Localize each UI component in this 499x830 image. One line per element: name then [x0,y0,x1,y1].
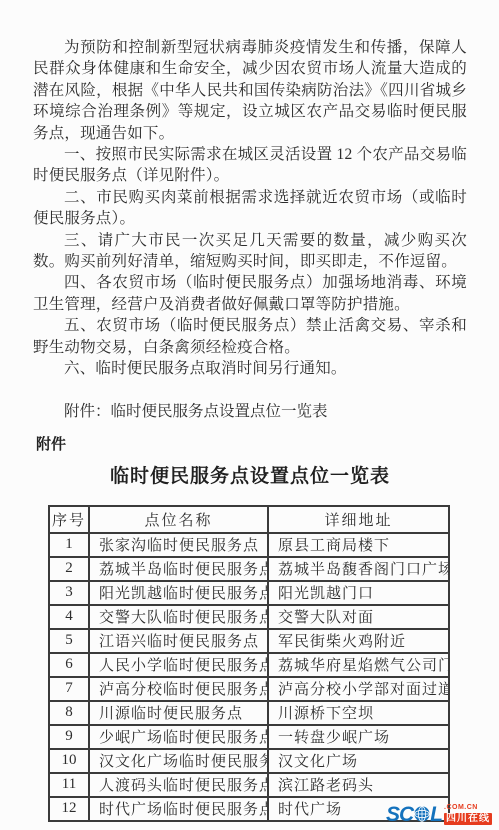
cell-point-name: 江语兴临时便民服务点 [89,629,268,653]
cell-index: 1 [49,533,89,557]
cell-index: 2 [49,557,89,581]
scol-domain-text: .COM.CN [444,804,478,812]
table-row: 9 少岷广场临时便民服务点 一转盘少岷广场 [49,725,449,749]
table-row: 8 川源临时便民服务点 川源桥下空坝 [49,701,449,725]
table-row: 5 江语兴临时便民服务点 军民街柴火鸡附近 [49,629,449,653]
table-title: 临时便民服务点设置点位一览表 [33,465,467,488]
globe-icon [414,806,430,822]
cell-point-name: 荔城半岛临时便民服务点 [89,557,268,581]
cell-point-name: 时代广场临时便民服务点 [89,797,268,821]
service-points-table: 序号 点位名称 详细地址 1 张家沟临时便民服务点 原县工商局楼下 2 荔城半岛… [48,505,450,822]
cell-point-name: 泸高分校临时便民服务点 [89,677,268,701]
cell-address: 滨江路老码头 [268,773,449,797]
table-row: 1 张家沟临时便民服务点 原县工商局楼下 [49,533,449,557]
notice-body: 为预防和控制新型冠状病毒肺炎疫情发生和传播，保障人民群众身体健康和生命安全，减少… [33,37,467,822]
notice-paragraph: 六、临时便民服务点取消时间另行通知。 [33,358,467,379]
cell-point-name: 人民小学临时便民服务点 [89,653,268,677]
cell-index: 6 [49,653,89,677]
cell-address: 一转盘少岷广场 [268,725,449,749]
scol-brand-suffix: L [430,804,442,825]
cell-point-name: 阳光凯越临时便民服务点 [89,581,268,605]
table-row: 10 汉文化广场临时便民服务点 汉文化广场 [49,749,449,773]
cell-index: 10 [49,749,89,773]
notice-paragraph: 三、请广大市民一次买足几天需要的数量，减少购买次数。购买前列好清单，缩短购买时间… [33,230,467,273]
table-row: 4 交警大队临时便民服务点 交警大队对面 [49,605,449,629]
column-header-index: 序号 [49,506,89,533]
attachment-label: 附件 [36,436,467,454]
notice-paragraph: 二、市民购买肉菜前根据需求选择就近农贸市场（或临时便民服务点）。 [33,187,467,230]
cell-address: 交警大队对面 [268,605,449,629]
cell-index: 5 [49,629,89,653]
cell-index: 11 [49,773,89,797]
scol-watermark-logo: SC L .COM.CN 四川在线 [386,802,492,826]
cell-point-name: 川源临时便民服务点 [89,701,268,725]
cell-point-name: 交警大队临时便民服务点 [89,605,268,629]
notice-paragraph: 为预防和控制新型冠状病毒肺炎疫情发生和传播，保障人民群众身体健康和生命安全，减少… [33,37,467,144]
table-row: 6 人民小学临时便民服务点 荔城华府星焰燃气公司门口 [49,653,449,677]
cell-index: 9 [49,725,89,749]
cell-address: 军民街柴火鸡附近 [268,629,449,653]
cell-index: 8 [49,701,89,725]
cell-point-name: 人渡码头临时便民服务点 [89,773,268,797]
attachment-note: 附件：临时便民服务点设置点位一览表 [33,401,467,422]
cell-address: 泸高分校小学部对面过道 [268,677,449,701]
cell-address: 川源桥下空坝 [268,701,449,725]
table-row: 7 泸高分校临时便民服务点 泸高分校小学部对面过道 [49,677,449,701]
scol-watermark-right: .COM.CN 四川在线 [444,804,492,825]
table-header-row: 序号 点位名称 详细地址 [49,506,449,533]
notice-paragraph: 一、按照市民实际需求在城区灵活设置 12 个农产品交易临时便民服务点（详见附件）… [33,144,467,187]
notice-paragraph: 四、各农贸市场（临时便民服务点）加强场地消毒、环境卫生管理，经营户及消费者做好佩… [33,272,467,315]
cell-point-name: 张家沟临时便民服务点 [89,533,268,557]
cell-address: 汉文化广场 [268,749,449,773]
scol-brand-prefix: SC [386,804,413,825]
cell-address: 荔城华府星焰燃气公司门口 [268,653,449,677]
cell-index: 3 [49,581,89,605]
cell-address: 阳光凯越门口 [268,581,449,605]
column-header-address: 详细地址 [268,506,449,533]
cell-index: 4 [49,605,89,629]
notice-document-page: 为预防和控制新型冠状病毒肺炎疫情发生和传播，保障人民群众身体健康和生命安全，减少… [0,0,499,830]
cell-point-name: 少岷广场临时便民服务点 [89,725,268,749]
notice-paragraph: 五、农贸市场（临时便民服务点）禁止活禽交易、宰杀和野生动物交易，白条禽须经检疫合… [33,315,467,358]
cell-address: 原县工商局楼下 [268,533,449,557]
table-row: 2 荔城半岛临时便民服务点 荔城半岛馥香阁门口广场 [49,557,449,581]
cell-index: 7 [49,677,89,701]
table-row: 3 阳光凯越临时便民服务点 阳光凯越门口 [49,581,449,605]
cell-index: 12 [49,797,89,821]
cell-point-name: 汉文化广场临时便民服务点 [89,749,268,773]
column-header-name: 点位名称 [89,506,268,533]
table-row: 11 人渡码头临时便民服务点 滨江路老码头 [49,773,449,797]
cell-address: 荔城半岛馥香阁门口广场 [268,557,449,581]
scol-site-name-badge: 四川在线 [444,813,492,825]
